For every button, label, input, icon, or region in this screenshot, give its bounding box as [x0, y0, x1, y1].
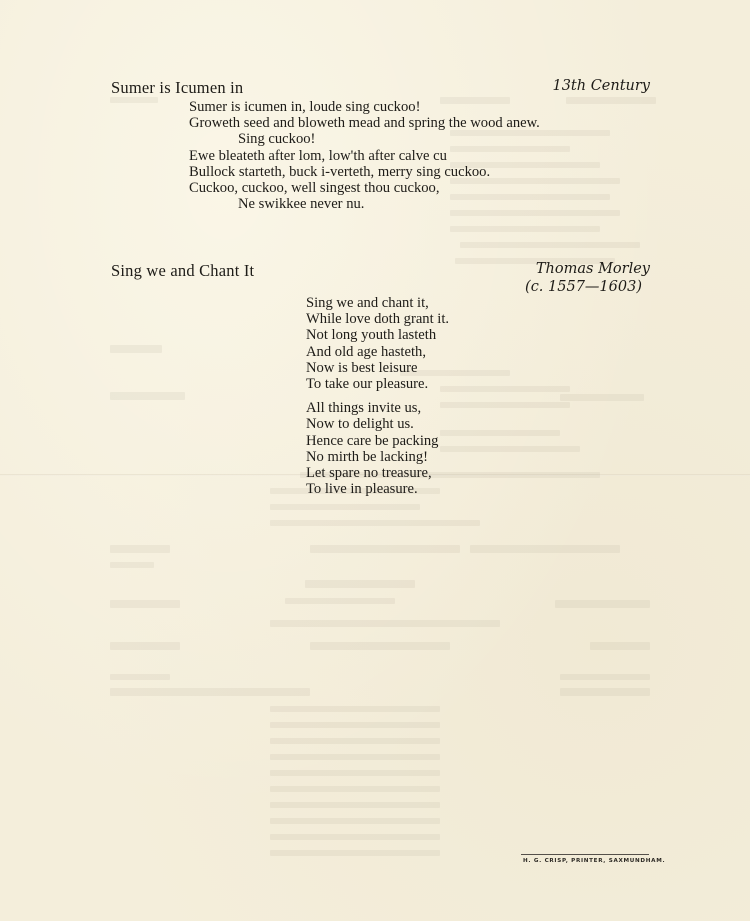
bleed-through-mark [440, 430, 560, 436]
bleed-through-mark [470, 545, 620, 553]
attribution-composer: Thomas Morley [525, 260, 650, 278]
lyric-line: Now is best leisure [306, 360, 449, 376]
lyric-line: Ewe bleateth after lom, low'th after cal… [189, 148, 540, 164]
bleed-through-mark [270, 802, 440, 808]
song-attribution: 13th Century [552, 78, 650, 94]
lyric-line: Bullock starteth, buck i-verteth, merry … [189, 164, 540, 180]
bleed-through-mark [460, 242, 640, 248]
attribution-dates: (c. 1557—1603) [525, 278, 642, 296]
bleed-through-mark [270, 620, 500, 627]
bleed-through-mark [110, 562, 154, 568]
song-title: Sumer is Icumen in [111, 78, 243, 98]
bleed-through-mark [270, 818, 440, 824]
lyric-line: To live in pleasure. [306, 481, 449, 497]
bleed-through-mark [110, 345, 162, 353]
lyric-line: To take our pleasure. [306, 376, 449, 392]
bleed-through-mark [270, 786, 440, 792]
bleed-through-mark [110, 688, 310, 696]
lyric-line: Hence care be packing [306, 433, 449, 449]
bleed-through-mark [270, 770, 440, 776]
stanza-gap [306, 392, 449, 400]
bleed-through-mark [110, 674, 170, 680]
lyric-line: All things invite us, [306, 400, 449, 416]
bleed-through-mark [450, 226, 600, 232]
song-lyrics: Sumer is icumen in, loude sing cuckoo!Gr… [189, 99, 540, 212]
bleed-through-mark [270, 504, 420, 510]
lyric-line: Sing we and chant it, [306, 295, 449, 311]
bleed-through-mark [440, 386, 570, 392]
bleed-through-mark [560, 674, 650, 680]
song-attribution: Thomas Morley (c. 1557—1603) [525, 260, 650, 296]
attribution-line: 13th Century [552, 78, 650, 94]
imprint-rule [521, 854, 649, 855]
bleed-through-mark [310, 545, 460, 553]
bleed-through-mark [270, 722, 440, 728]
bleed-through-mark [566, 97, 656, 104]
bleed-through-mark [110, 600, 180, 608]
lyric-line: No mirth be lacking! [306, 449, 449, 465]
lyric-line: Ne swikkee never nu. [189, 196, 540, 212]
bleed-through-mark [270, 754, 440, 760]
bleed-through-mark [440, 446, 580, 452]
bleed-through-mark [310, 642, 450, 650]
bleed-through-mark [590, 642, 650, 650]
bleed-through-mark [110, 392, 185, 400]
lyric-line: Sumer is icumen in, loude sing cuckoo! [189, 99, 540, 115]
bleed-through-mark [270, 520, 480, 526]
bleed-through-mark [110, 545, 170, 553]
lyric-line: Sing cuckoo! [189, 131, 540, 147]
printer-imprint: H. G. CRISP, PRINTER, SAXMUNDHAM. [523, 858, 665, 864]
lyric-line: Cuckoo, cuckoo, well singest thou cuckoo… [189, 180, 540, 196]
lyric-line: Groweth seed and bloweth mead and spring… [189, 115, 540, 131]
lyric-line: Let spare no treasure, [306, 465, 449, 481]
bleed-through-mark [305, 580, 415, 588]
lyric-line: Not long youth lasteth [306, 327, 449, 343]
bleed-through-mark [270, 738, 440, 744]
bleed-through-mark [270, 850, 440, 856]
lyric-line: And old age hasteth, [306, 344, 449, 360]
bleed-through-mark [110, 642, 180, 650]
song-title: Sing we and Chant It [111, 261, 254, 281]
bleed-through-mark [270, 834, 440, 840]
bleed-through-mark [560, 394, 644, 401]
bleed-through-mark [285, 598, 395, 604]
bleed-through-mark [440, 402, 570, 408]
bleed-through-mark [270, 706, 440, 712]
bleed-through-mark [560, 688, 650, 696]
song-lyrics: Sing we and chant it,While love doth gra… [306, 295, 449, 497]
bleed-through-mark [555, 600, 650, 608]
lyric-line: While love doth grant it. [306, 311, 449, 327]
lyric-line: Now to delight us. [306, 416, 449, 432]
